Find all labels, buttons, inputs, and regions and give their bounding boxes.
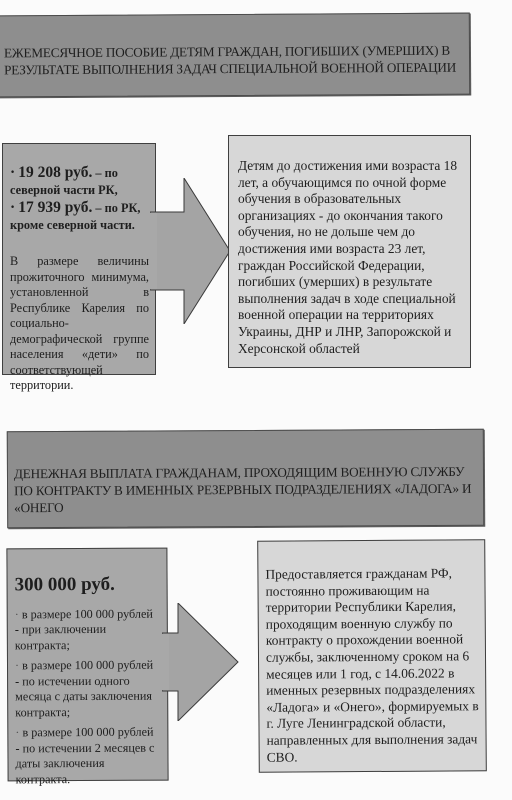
amount-value: 17 939 руб. bbox=[18, 199, 92, 216]
total-amount: 300 000 руб. bbox=[15, 577, 159, 593]
amount-value: 19 208 руб. bbox=[18, 164, 92, 181]
eligibility-text: Детям до достижения ими возраста 18 лет,… bbox=[238, 158, 457, 356]
amount-item: · 19 208 руб. – по северной части РК, bbox=[10, 164, 149, 199]
section2-amounts-box: 300 000 руб. · в размере 100 000 рублей … bbox=[6, 548, 168, 782]
section2-header-text: Денежная выплата гражданам, проходящим в… bbox=[14, 464, 471, 515]
amount-bullet: · bbox=[10, 164, 15, 181]
section1-amounts-box: · 19 208 руб. – по северной части РК, · … bbox=[2, 143, 156, 375]
section1-header: Ежемесячное пособие детям граждан, погиб… bbox=[0, 13, 470, 98]
amount-item: · 17 939 руб. – по РК, кроме северной ча… bbox=[10, 199, 149, 234]
section2-eligibility-box: Предоставляется гражданам РФ, постоянно … bbox=[257, 539, 487, 773]
payment-item: · в размере 100 000 рублей - по истечени… bbox=[15, 725, 159, 788]
section1-header-text: Ежемесячное пособие детям граждан, погиб… bbox=[4, 43, 456, 78]
payment-item: · в размере 100 000 рублей - при заключе… bbox=[15, 606, 159, 653]
payment-item: · в размере 100 000 рублей - по истечени… bbox=[15, 658, 159, 721]
section2-header: Денежная выплата гражданам, проходящим в… bbox=[7, 429, 485, 528]
arrow-right-icon bbox=[162, 603, 244, 721]
payment-text: в размере 100 000 рублей - при заключени… bbox=[15, 606, 153, 652]
amount-explanation: В размере величины прожиточного минимума… bbox=[10, 254, 149, 394]
payment-text: в размере 100 000 рублей - по истечении … bbox=[15, 725, 154, 786]
arrow-right-icon bbox=[150, 178, 232, 324]
section1-eligibility-box: Детям до достижения ими возраста 18 лет,… bbox=[228, 135, 471, 368]
amount-bullet: · bbox=[10, 199, 15, 216]
eligibility-text: Предоставляется гражданам РФ, постоянно … bbox=[265, 565, 478, 764]
payment-text: в размере 100 000 рублей - по истечении … bbox=[15, 658, 153, 719]
